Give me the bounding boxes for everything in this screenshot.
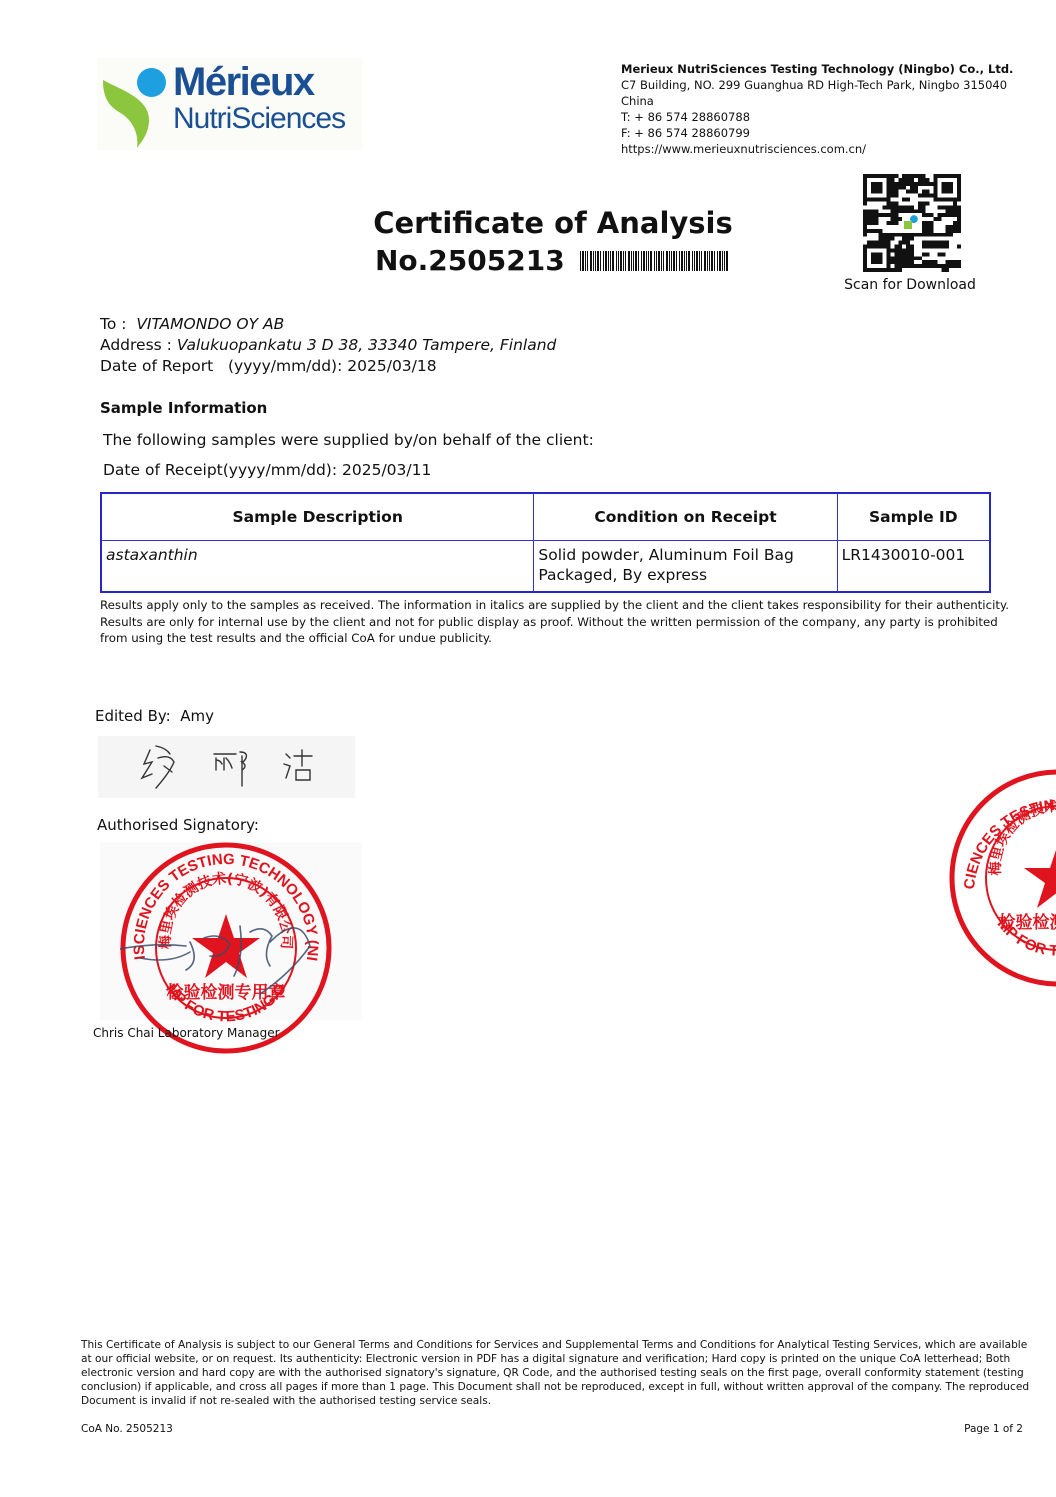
address-line: Address : Valukuopankatu 3 D 38, 33340 T… — [100, 335, 556, 356]
sample-table: Sample Description Condition on Receipt … — [100, 492, 991, 593]
company-logo: Mérieux NutriSciences — [97, 58, 362, 150]
svg-text:检验检测专用章: 检验检测专用章 — [167, 982, 286, 1003]
editor-signature — [98, 736, 355, 798]
company-info: Merieux NutriSciences Testing Technology… — [621, 61, 1051, 157]
signatory-name: Chris Chai Laboratory Manager — [93, 1026, 280, 1040]
condition-cell: Solid powder, Aluminum Foil Bag Packaged… — [534, 541, 837, 593]
svg-text:梅里埃检测技术(宁波)有限公司: 梅里埃检测技术(宁波)有限公司 — [987, 798, 1056, 876]
edited-by-line: Edited By: Amy — [95, 707, 214, 725]
receipt-date-value: 2025/03/11 — [342, 461, 431, 479]
sample-id-cell: LR1430010-001 — [837, 541, 990, 593]
supplied-text: The following samples were supplied by/o… — [103, 431, 594, 449]
sample-description-cell: astaxanthin — [101, 541, 534, 593]
table-row: astaxanthin Solid powder, Aluminum Foil … — [101, 541, 990, 593]
brand-subname: NutriSciences — [173, 102, 345, 136]
qr-code-icon[interactable] — [863, 174, 961, 272]
report-date-label: Date of Report (yyyy/mm/dd): — [100, 357, 342, 375]
certificate-number: No.2505213 — [375, 244, 565, 277]
scan-label: Scan for Download — [835, 277, 985, 293]
to-line: To : VITAMONDO OY AB — [100, 314, 556, 335]
report-date-line: Date of Report (yyyy/mm/dd): 2025/03/18 — [100, 356, 556, 377]
edited-by-value: Amy — [180, 707, 214, 725]
recipient-info: To : VITAMONDO OY AB Address : Valukuopa… — [100, 314, 556, 377]
address-value: Valukuopankatu 3 D 38, 33340 Tampere, Fi… — [177, 336, 557, 354]
header-sample-id: Sample ID — [837, 493, 990, 541]
svg-text:检验检测专用章: 检验检测专用章 — [999, 912, 1056, 933]
table-header-row: Sample Description Condition on Receipt … — [101, 493, 990, 541]
header-sample-description: Sample Description — [101, 493, 534, 541]
brand-name: Mérieux — [173, 60, 314, 105]
company-phone: T: + 86 574 28860788 — [621, 109, 1051, 125]
results-disclaimer: Results apply only to the samples as rec… — [100, 597, 1020, 647]
testing-stamp-partial-icon: MERIEUX NUTRISCIENCES TESTING TECHNOLOGY… — [948, 768, 1056, 988]
report-date-value: 2025/03/18 — [347, 357, 436, 375]
logo-dot-icon — [137, 68, 166, 97]
to-label: To : — [100, 315, 126, 333]
testing-stamp-icon: MERIEUX NUTRISCIENCES TESTING TECHNOLOGY… — [120, 842, 332, 1054]
company-country: China — [621, 93, 1051, 109]
header-condition-on-receipt: Condition on Receipt — [534, 493, 837, 541]
handwritten-signature-icon — [98, 736, 355, 798]
receipt-date-label: Date of Receipt(yyyy/mm/dd): — [103, 461, 337, 479]
footer-page-number: Page 1 of 2 — [964, 1423, 1023, 1435]
company-address: C7 Building, NO. 299 Guanghua RD High-Te… — [621, 77, 1051, 93]
footer-coa-number: CoA No. 2505213 — [81, 1423, 173, 1435]
barcode-icon — [580, 251, 730, 271]
receipt-date-line: Date of Receipt(yyyy/mm/dd): 2025/03/11 — [103, 461, 431, 479]
address-label: Address : — [100, 336, 172, 354]
company-name: Merieux NutriSciences Testing Technology… — [621, 61, 1051, 77]
terms-footer: This Certificate of Analysis is subject … — [81, 1338, 1031, 1408]
sample-information-heading: Sample Information — [100, 399, 267, 417]
company-website[interactable]: https://www.merieuxnutrisciences.com.cn/ — [621, 141, 1051, 157]
authorised-signatory-label: Authorised Signatory: — [97, 816, 259, 834]
edited-by-label: Edited By: — [95, 707, 171, 725]
company-fax: F: + 86 574 28860799 — [621, 125, 1051, 141]
to-value: VITAMONDO OY AB — [136, 315, 284, 333]
